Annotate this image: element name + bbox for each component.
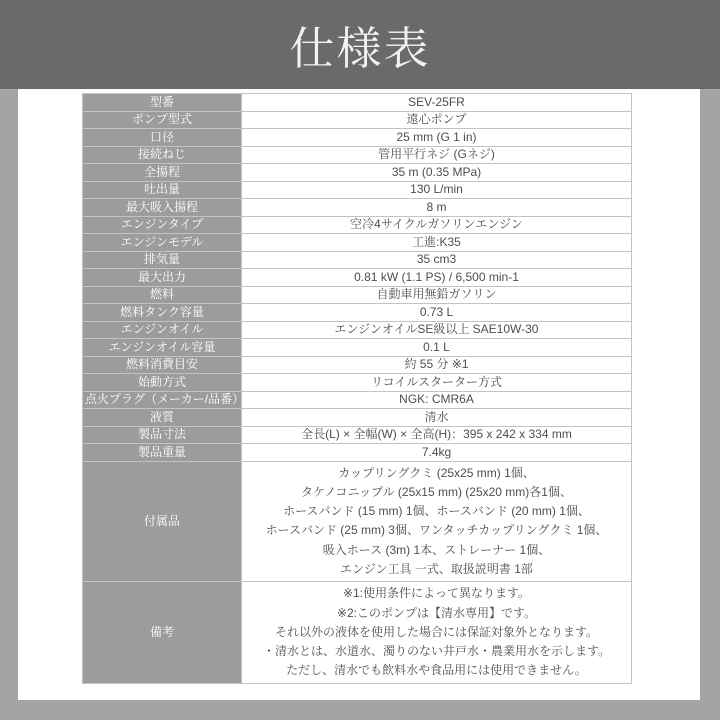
spec-row: 始動方式リコイルスターター方式 (83, 374, 632, 392)
spec-row-value: SEV-25FR (242, 94, 632, 112)
spec-row-label: 燃料消費目安 (83, 356, 242, 374)
spec-value-line: ホースバンド (25 mm) 3個、ワンタッチカップリングクミ 1個、 (246, 521, 627, 540)
spec-row-value: 130 L/min (242, 181, 632, 199)
spec-row-label: 燃料タンク容量 (83, 304, 242, 322)
spec-row: 製品重量7.4kg (83, 444, 632, 462)
spec-row-label: 点火プラグ（メーカー/品番） (83, 391, 242, 409)
spec-row-value: 35 m (0.35 MPa) (242, 164, 632, 182)
spec-value-line: 吸入ホース (3m) 1本、ストレーナー 1個、 (246, 541, 627, 560)
spec-row-label: 排気量 (83, 251, 242, 269)
spec-row-label: 型番 (83, 94, 242, 112)
spec-row-value: ※1:使用条件によって異なります。※2:このポンプは【清水専用】です。それ以外の… (242, 582, 632, 683)
spec-row: エンジンオイルエンジンオイルSE級以上 SAE10W-30 (83, 321, 632, 339)
spec-row-label: 始動方式 (83, 374, 242, 392)
spec-row: 点火プラグ（メーカー/品番）NGK: CMR6A (83, 391, 632, 409)
spec-row-label: 全揚程 (83, 164, 242, 182)
spec-row: エンジンタイプ空冷4サイクルガソリンエンジン (83, 216, 632, 234)
spec-row-value: カップリングクミ (25x25 mm) 1個、タケノコニップル (25x15 m… (242, 461, 632, 582)
spec-row: 吐出量130 L/min (83, 181, 632, 199)
page-title: 仕様表 (289, 12, 430, 77)
spec-row-value: リコイルスターター方式 (242, 374, 632, 392)
spec-row-label: エンジンタイプ (83, 216, 242, 234)
spec-row: ポンプ型式遠心ポンプ (83, 111, 632, 129)
spec-row-label: 燃料 (83, 286, 242, 304)
spec-row: 製品寸法全長(L) × 全幅(W) × 全高(H)：395 x 242 x 33… (83, 426, 632, 444)
spec-row-label: 最大吸入揚程 (83, 199, 242, 217)
spec-row-label: 最大出力 (83, 269, 242, 287)
spec-row-label: 接続ねじ (83, 146, 242, 164)
spec-row: 最大出力0.81 kW (1.1 PS) / 6,500 min-1 (83, 269, 632, 287)
spec-row-label: 製品重量 (83, 444, 242, 462)
spec-row: 接続ねじ管用平行ネジ (Gネジ) (83, 146, 632, 164)
spec-row: 液質清水 (83, 409, 632, 427)
spec-row-value: エンジンオイルSE級以上 SAE10W-30 (242, 321, 632, 339)
spec-card: 型番SEV-25FRポンプ型式遠心ポンプ口径25 mm (G 1 in)接続ねじ… (18, 89, 700, 700)
spec-value-line: ※1:使用条件によって異なります。 (246, 584, 627, 603)
spec-value-line: ・清水とは、水道水、濁りのない井戸水・農業用水を示します。 (246, 642, 627, 661)
spec-row-value: 8 m (242, 199, 632, 217)
spec-row: エンジンモデル工進:K35 (83, 234, 632, 252)
spec-table: 型番SEV-25FRポンプ型式遠心ポンプ口径25 mm (G 1 in)接続ねじ… (82, 93, 632, 684)
spec-row: 燃料自動車用無鉛ガソリン (83, 286, 632, 304)
spec-value-line: タケノコニップル (25x15 mm) (25x20 mm)各1個、 (246, 483, 627, 502)
spec-row-label: エンジンオイル (83, 321, 242, 339)
spec-row-value: NGK: CMR6A (242, 391, 632, 409)
spec-row-value: 0.73 L (242, 304, 632, 322)
spec-value-line: それ以外の液体を使用した場合には保証対象外となります。 (246, 623, 627, 642)
spec-row-label: エンジンモデル (83, 234, 242, 252)
spec-row-value: 25 mm (G 1 in) (242, 129, 632, 147)
spec-table-body: 型番SEV-25FRポンプ型式遠心ポンプ口径25 mm (G 1 in)接続ねじ… (83, 94, 632, 684)
spec-value-line: ホースバンド (15 mm) 1個、ホースバンド (20 mm) 1個、 (246, 502, 627, 521)
spec-row-value: 0.1 L (242, 339, 632, 357)
spec-value-line: エンジン工具 一式、取扱説明書 1部 (246, 560, 627, 579)
spec-row-value: 全長(L) × 全幅(W) × 全高(H)：395 x 242 x 334 mm (242, 426, 632, 444)
spec-row-value: 0.81 kW (1.1 PS) / 6,500 min-1 (242, 269, 632, 287)
spec-row-value: 管用平行ネジ (Gネジ) (242, 146, 632, 164)
spec-row-label: 付属品 (83, 461, 242, 582)
spec-row-value: 清水 (242, 409, 632, 427)
spec-row-value: 工進:K35 (242, 234, 632, 252)
spec-row: 排気量35 cm3 (83, 251, 632, 269)
page-header: 仕様表 (0, 0, 720, 89)
spec-row-label: ポンプ型式 (83, 111, 242, 129)
spec-row-value: 7.4kg (242, 444, 632, 462)
spec-row-value: 空冷4サイクルガソリンエンジン (242, 216, 632, 234)
spec-row: 口径25 mm (G 1 in) (83, 129, 632, 147)
spec-row-value: 約 55 分 ※1 (242, 356, 632, 374)
spec-row-label: 液質 (83, 409, 242, 427)
spec-row: エンジンオイル容量0.1 L (83, 339, 632, 357)
spec-value-line: ただし、清水でも飲料水や食品用には使用できません。 (246, 661, 627, 680)
spec-row-label: 製品寸法 (83, 426, 242, 444)
spec-row-label: 吐出量 (83, 181, 242, 199)
spec-row-value: 自動車用無鉛ガソリン (242, 286, 632, 304)
spec-row: 全揚程35 m (0.35 MPa) (83, 164, 632, 182)
spec-value-line: ※2:このポンプは【清水専用】です。 (246, 604, 627, 623)
spec-row: 型番SEV-25FR (83, 94, 632, 112)
spec-row: 備考※1:使用条件によって異なります。※2:このポンプは【清水専用】です。それ以… (83, 582, 632, 683)
spec-row-label: 備考 (83, 582, 242, 683)
spec-row-label: エンジンオイル容量 (83, 339, 242, 357)
spec-row-label: 口径 (83, 129, 242, 147)
spec-row-value: 35 cm3 (242, 251, 632, 269)
spec-row: 最大吸入揚程8 m (83, 199, 632, 217)
spec-row: 付属品カップリングクミ (25x25 mm) 1個、タケノコニップル (25x1… (83, 461, 632, 582)
spec-value-line: カップリングクミ (25x25 mm) 1個、 (246, 464, 627, 483)
spec-row: 燃料タンク容量0.73 L (83, 304, 632, 322)
spec-row-value: 遠心ポンプ (242, 111, 632, 129)
spec-row: 燃料消費目安約 55 分 ※1 (83, 356, 632, 374)
